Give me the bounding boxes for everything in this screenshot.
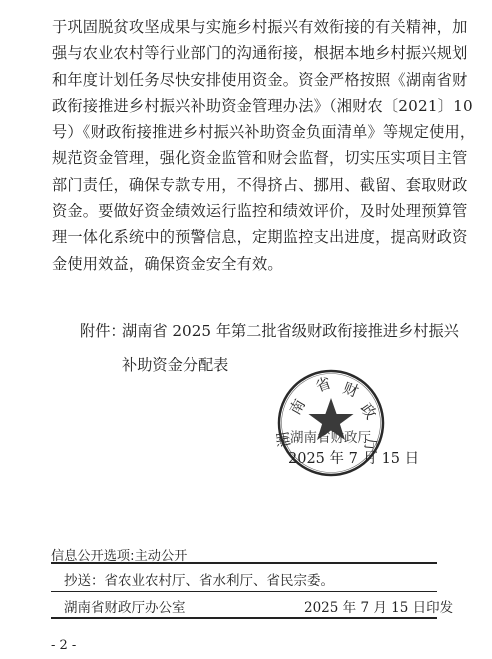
issuing-office: 湖南省财政厅办公室	[64, 596, 186, 616]
body-line: 号）《财政衔接推进乡村振兴补助资金负面清单》等规定使用，	[52, 119, 438, 145]
attachment-label: 附件：	[80, 314, 126, 348]
signature-date: 2025 年 7 月 15 日	[288, 447, 419, 468]
footer-rule-top	[51, 562, 437, 564]
attachment-title-line1: 湖南省 2025 年第二批省级财政衔接推进乡村振兴	[122, 314, 467, 348]
body-line: 金使用效益，确保资金安全有效。	[52, 251, 438, 277]
svg-text:南: 南	[286, 396, 309, 418]
body-line: 强与农业农村等行业部门的沟通衔接，根据本地乡村振兴规划	[52, 40, 438, 66]
signer-name: 湖南省财政厅	[290, 426, 371, 446]
body-line: 于巩固脱贫攻坚成果与实施乡村振兴有效衔接的有关精神，加	[52, 14, 438, 40]
svg-text:省: 省	[313, 374, 333, 396]
body-line: 资金。要做好资金绩效运行监控和绩效评价，及时处理预算管	[52, 198, 438, 224]
footer-rule-middle	[51, 591, 437, 592]
body-line: 规范资金管理，强化资金监管和财会监督，切实压实项目主管	[52, 145, 438, 171]
body-paragraph: 于巩固脱贫攻坚成果与实施乡村振兴有效衔接的有关精神，加 强与农业农村等行业部门的…	[52, 14, 438, 277]
body-line: 和年度计划任务尽快安排使用资金。资金严格按照《湖南省财	[52, 67, 438, 93]
footer-rule-bottom	[51, 617, 437, 619]
body-line: 部门责任，确保专款专用，不得挤占、挪用、截留、套取财政	[52, 172, 438, 198]
page-number: - 2 -	[51, 638, 76, 653]
svg-text:财: 财	[341, 379, 361, 401]
cc-recipients: 抄送：省农业农村厅、省水利厅、省民宗委。	[64, 569, 334, 589]
attachment-title-line2: 补助资金分配表	[122, 348, 228, 382]
body-line: 理一体化系统中的预警信息，定期监控支出进度，提高财政资	[52, 224, 438, 250]
issue-date: 2025 年 7 月 15 日印发	[304, 596, 453, 616]
body-line: 政衔接推进乡村振兴补助资金管理办法》（湘财农〔2021〕10	[52, 93, 438, 119]
